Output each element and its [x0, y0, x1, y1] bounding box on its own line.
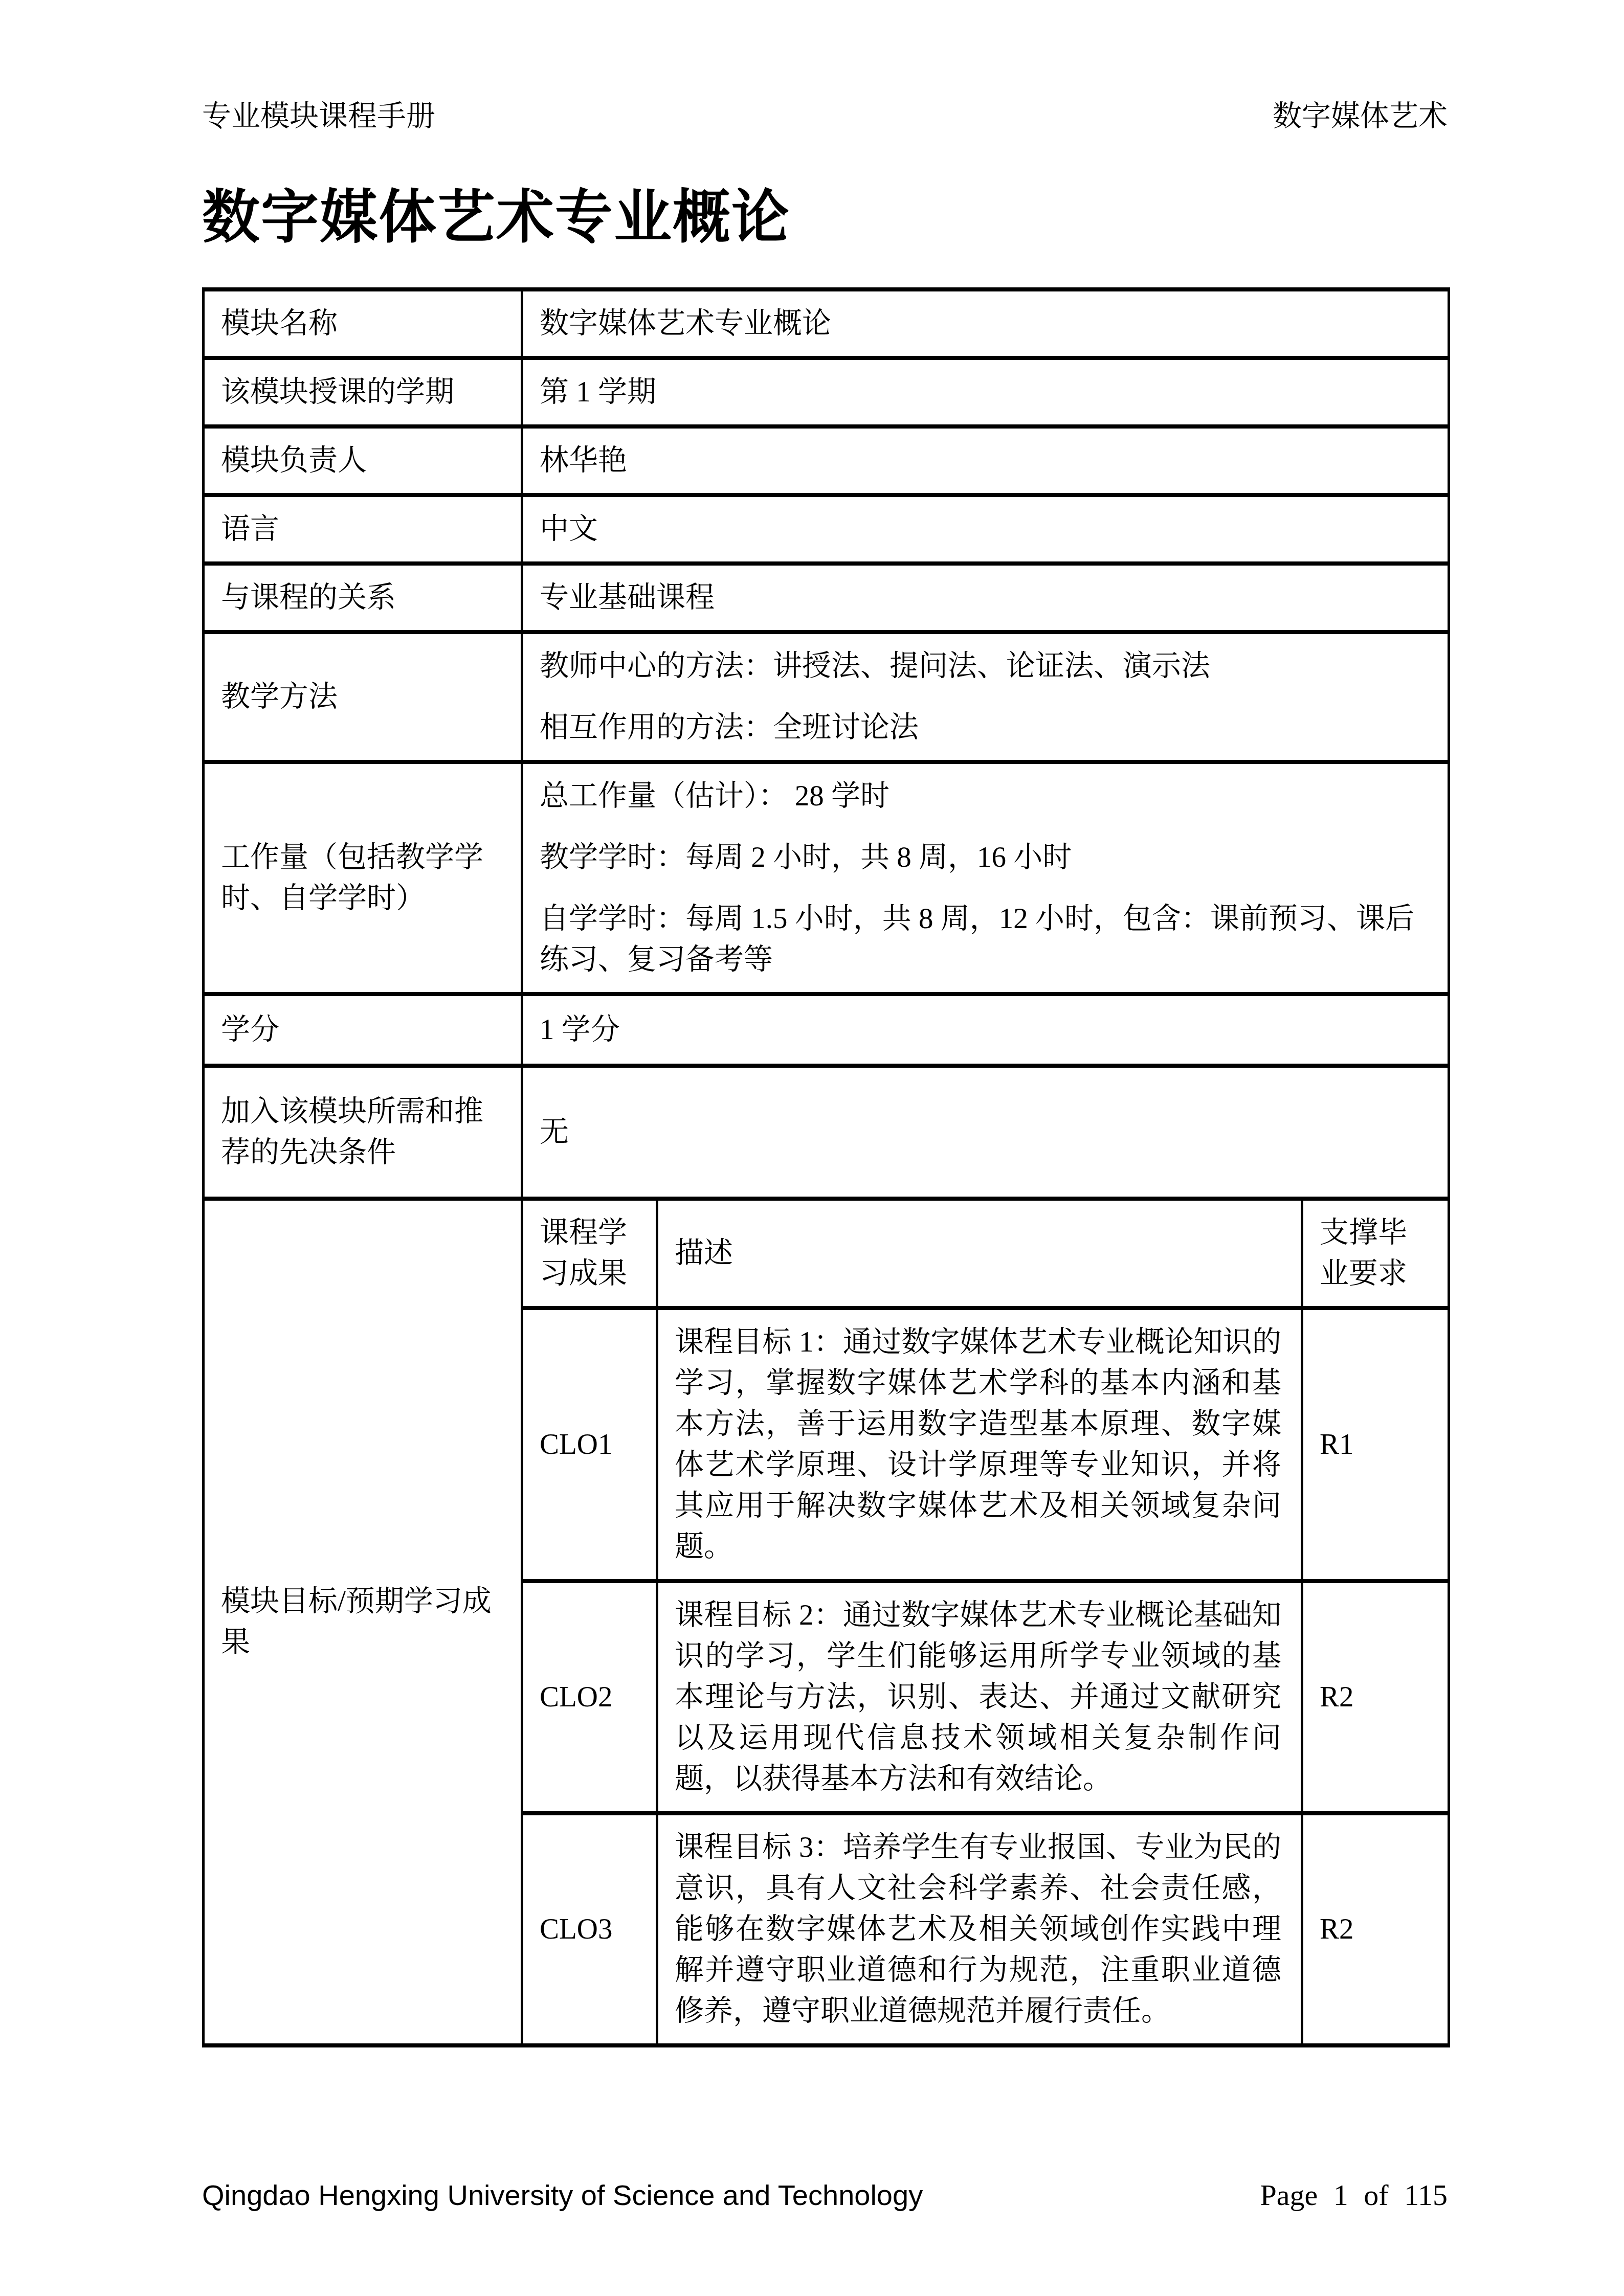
module-info-table: 模块名称 数字媒体艺术专业概论 该模块授课的学期 第 1 学期 模块负责人 林华…: [202, 287, 1450, 2047]
table-row-prerequisites: 加入该模块所需和推荐的先决条件 无: [204, 1066, 1449, 1199]
row-label: 模块名称: [204, 289, 522, 358]
table-row-language: 语言 中文: [204, 495, 1449, 564]
table-row-credits: 学分 1 学分: [204, 994, 1449, 1066]
table-row-teaching-methods: 教学方法 教师中心的方法：讲授法、提问法、论证法、演示法 相互作用的方法：全班讨…: [204, 632, 1449, 762]
teaching-method-line: 教师中心的方法：讲授法、提问法、论证法、演示法: [540, 646, 1428, 687]
row-label: 教学方法: [204, 632, 522, 762]
outcomes-row-label: 模块目标/预期学习成果: [204, 1199, 522, 2045]
header-left-text: 专业模块课程手册: [202, 98, 435, 135]
teaching-method-line: 相互作用的方法：全班讨论法: [540, 707, 1428, 748]
row-value: 林华艳: [522, 426, 1449, 495]
row-label: 该模块授课的学期: [204, 358, 522, 426]
row-value: 总工作量（估计）： 28 学时 教学学时：每周 2 小时，共 8 周，16 小时…: [522, 762, 1449, 994]
clo-id: CLO1: [522, 1308, 657, 1581]
clo-description: 课程目标 3：培养学生有专业报国、专业为民的意识，具有人文社会科学素养、社会责任…: [657, 1813, 1302, 2045]
workload-line: 自学学时：每周 1.5 小时，共 8 周，12 小时，包含：课前预习、课后练习、…: [540, 898, 1428, 980]
row-value: 无: [522, 1066, 1449, 1199]
footer-institution-text: Qingdao Hengxing University of Science a…: [202, 2177, 923, 2213]
row-label: 加入该模块所需和推荐的先决条件: [204, 1066, 522, 1199]
row-value: 第 1 学期: [522, 358, 1449, 426]
header-right-text: 数字媒体艺术: [1273, 98, 1448, 135]
row-label: 学分: [204, 994, 522, 1066]
row-label: 工作量（包括教学学时、自学学时）: [204, 762, 522, 994]
table-row-curriculum-relation: 与课程的关系 专业基础课程: [204, 564, 1449, 632]
clo-id: CLO3: [522, 1813, 657, 2045]
clo-requirement: R2: [1302, 1581, 1449, 1813]
clo-requirement: R1: [1302, 1308, 1449, 1581]
outcomes-header-requirement: 支撑毕业要求: [1302, 1199, 1449, 1308]
table-row-module-name: 模块名称 数字媒体艺术专业概论: [204, 289, 1449, 358]
clo-description: 课程目标 2：通过数字媒体艺术专业概论基础知识的学习，学生们能够运用所学专业领域…: [657, 1581, 1302, 1813]
workload-line: 总工作量（估计）： 28 学时: [540, 776, 1428, 817]
running-header: 专业模块课程手册 数字媒体艺术: [202, 98, 1448, 135]
row-label: 模块负责人: [204, 426, 522, 495]
table-row-workload: 工作量（包括教学学时、自学学时） 总工作量（估计）： 28 学时 教学学时：每周…: [204, 762, 1449, 994]
row-value: 中文: [522, 495, 1449, 564]
outcomes-header-clo: 课程学习成果: [522, 1199, 657, 1308]
row-label: 与课程的关系: [204, 564, 522, 632]
running-footer: Qingdao Hengxing University of Science a…: [202, 2177, 1448, 2213]
outcomes-header-description: 描述: [657, 1199, 1302, 1308]
row-value: 教师中心的方法：讲授法、提问法、论证法、演示法 相互作用的方法：全班讨论法: [522, 632, 1449, 762]
clo-requirement: R2: [1302, 1813, 1449, 2045]
clo-id: CLO2: [522, 1581, 657, 1813]
workload-line: 教学学时：每周 2 小时，共 8 周，16 小时: [540, 837, 1428, 878]
row-value: 1 学分: [522, 994, 1449, 1066]
row-value: 数字媒体艺术专业概论: [522, 289, 1449, 358]
page-content: 专业模块课程手册 数字媒体艺术 数字媒体艺术专业概论 模块名称 数字媒体艺术专业…: [202, 0, 1448, 2047]
page-title: 数字媒体艺术专业概论: [202, 182, 1448, 252]
row-value: 专业基础课程: [522, 564, 1449, 632]
document-page: 专业模块课程手册 数字媒体艺术 数字媒体艺术专业概论 模块名称 数字媒体艺术专业…: [0, 0, 1624, 2296]
clo-description: 课程目标 1：通过数字媒体艺术专业概论知识的学习，掌握数字媒体艺术学科的基本内涵…: [657, 1308, 1302, 1581]
row-label: 语言: [204, 495, 522, 564]
table-row-semester: 该模块授课的学期 第 1 学期: [204, 358, 1449, 426]
table-row-outcomes-header: 模块目标/预期学习成果 课程学习成果 描述 支撑毕业要求: [204, 1199, 1449, 1308]
table-row-module-leader: 模块负责人 林华艳: [204, 426, 1449, 495]
footer-page-number: Page 1 of 115: [1260, 2177, 1448, 2213]
